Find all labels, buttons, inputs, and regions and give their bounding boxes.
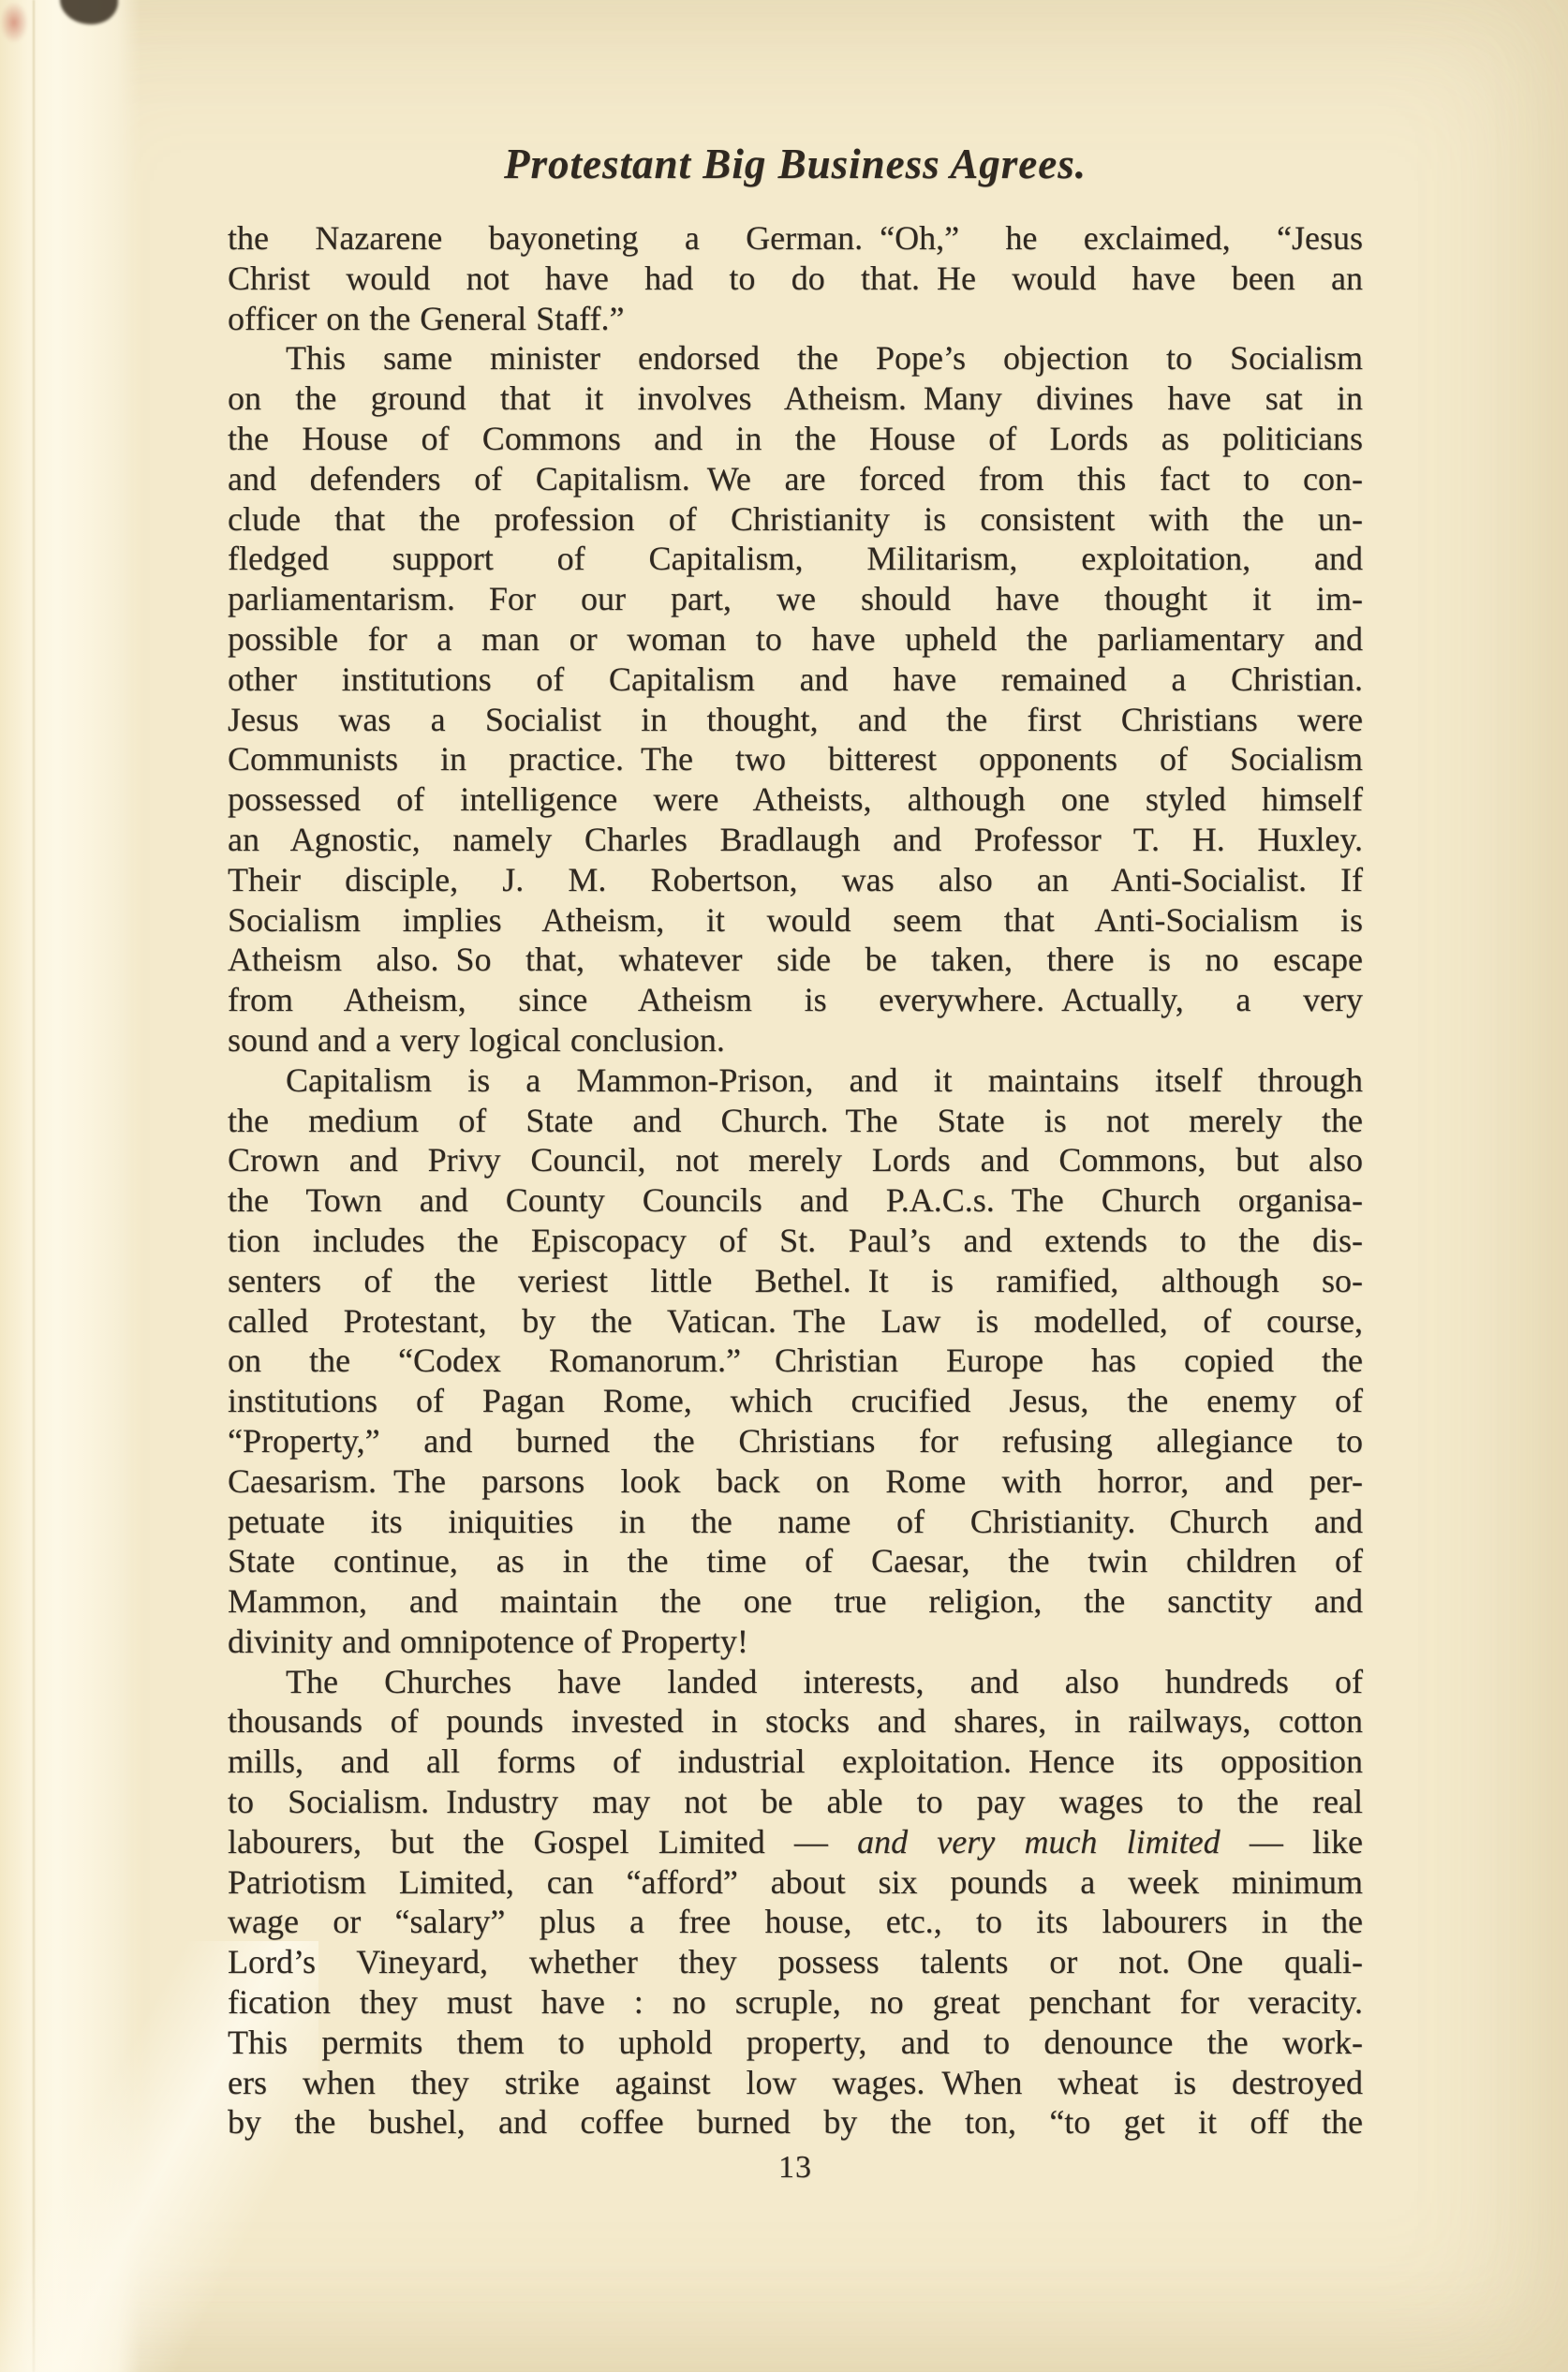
text-line: labourers, but the Gospel Limited — and … <box>228 1822 1363 1862</box>
text-line: from Atheism, since Atheism is everywher… <box>228 980 1363 1020</box>
text-line: “Property,” and burned the Christians fo… <box>228 1421 1363 1461</box>
text-line: senters of the veriest little Bethel. It… <box>228 1261 1363 1301</box>
text-line: The Churches have landed interests, and … <box>228 1662 1363 1702</box>
text-line: the medium of State and Church. The Stat… <box>228 1101 1363 1141</box>
text-line: petuate its iniquities in the name of Ch… <box>228 1502 1363 1542</box>
text-line: the House of Commons and in the House of… <box>228 419 1363 459</box>
paragraph: The Churches have landed interests, and … <box>228 1662 1363 2143</box>
text-line: Atheism also. So that, whatever side be … <box>228 940 1363 980</box>
text-line: on the “Codex Romanorum.” Christian Euro… <box>228 1341 1363 1381</box>
text-line: Socialism implies Atheism, it would seem… <box>228 900 1363 941</box>
text-line: mills, and all forms of industrial explo… <box>228 1742 1363 1782</box>
text-line: sound and a very logical conclusion. <box>228 1020 1363 1060</box>
text-line: fledged support of Capitalism, Militaris… <box>228 539 1363 579</box>
page-text: the Nazarene bayoneting a German. “Oh,” … <box>228 218 1363 2142</box>
text-line: and defenders of Capitalism. We are forc… <box>228 459 1363 499</box>
text-segment: labourers, but the Gospel Limited — <box>228 1823 857 1861</box>
text-line: Communists in practice. The two bitteres… <box>228 739 1363 779</box>
text-line: Lord’s Vineyard, whether they possess ta… <box>228 1942 1363 1982</box>
text-line: divinity and omnipotence of Property! <box>228 1622 1363 1662</box>
text-line: the Nazarene bayoneting a German. “Oh,” … <box>228 218 1363 259</box>
paragraph: Capitalism is a Mammon-Prison, and it ma… <box>228 1060 1363 1662</box>
text-line: ers when they strike against low wages. … <box>228 2063 1363 2103</box>
page-gutter-edge <box>0 0 141 2372</box>
text-line: on the ground that it involves Atheism. … <box>228 378 1363 419</box>
text-line: called Protestant, by the Vatican. The L… <box>228 1301 1363 1342</box>
paragraph: the Nazarene bayoneting a German. “Oh,” … <box>228 218 1363 338</box>
text-line: Capitalism is a Mammon-Prison, and it ma… <box>228 1060 1363 1101</box>
chapter-heading: Protestant Big Business Agrees. <box>228 141 1363 189</box>
text-line: fication they must have : no scruple, no… <box>228 1982 1363 2023</box>
page-number: 13 <box>228 2150 1363 2186</box>
text-line: Jesus was a Socialist in thought, and th… <box>228 700 1363 740</box>
text-line: officer on the General Staff.” <box>228 299 1363 339</box>
text-line: State continue, as in the time of Caesar… <box>228 1541 1363 1581</box>
text-line: parliamentarism. For our part, we should… <box>228 579 1363 619</box>
text-line: to Socialism. Industry may not be able t… <box>228 1782 1363 1822</box>
text-line: thousands of pounds invested in stocks a… <box>228 1701 1363 1742</box>
text-line: Mammon, and maintain the one true religi… <box>228 1581 1363 1622</box>
text-line: an Agnostic, namely Charles Bradlaugh an… <box>228 820 1363 860</box>
text-line: This permits them to uphold property, an… <box>228 2023 1363 2063</box>
text-line: institutions of Pagan Rome, which crucif… <box>228 1381 1363 1421</box>
text-line: possessed of intelligence were Atheists,… <box>228 779 1363 820</box>
text-line: Their disciple, J. M. Robertson, was als… <box>228 860 1363 900</box>
text-line: This same minister endorsed the Pope’s o… <box>228 338 1363 378</box>
text-line: possible for a man or woman to have uphe… <box>228 619 1363 660</box>
text-line: Caesarism. The parsons look back on Rome… <box>228 1461 1363 1502</box>
book-page-scan: Protestant Big Business Agrees. the Naza… <box>0 0 1568 2372</box>
text-segment: — like <box>1220 1823 1363 1861</box>
paragraph: This same minister endorsed the Pope’s o… <box>228 338 1363 1060</box>
text-line: by the bushel, and coffee burned by the … <box>228 2102 1363 2142</box>
text-line: the Town and County Councils and P.A.C.s… <box>228 1180 1363 1221</box>
corner-red-smudge <box>0 2 28 43</box>
text-line: clude that the profession of Christianit… <box>228 499 1363 540</box>
text-line: Crown and Privy Council, not merely Lord… <box>228 1140 1363 1180</box>
page-crease-line <box>32 0 36 2372</box>
text-line: Patriotism Limited, can “afford” about s… <box>228 1862 1363 1903</box>
text-line: Christ would not have had to do that. He… <box>228 259 1363 299</box>
italic-text-segment: and very much limited <box>857 1823 1220 1861</box>
text-line: other institutions of Capitalism and hav… <box>228 660 1363 700</box>
text-line: wage or “salary” plus a free house, etc.… <box>228 1902 1363 1942</box>
text-line: tion includes the Episcopacy of St. Paul… <box>228 1221 1363 1261</box>
